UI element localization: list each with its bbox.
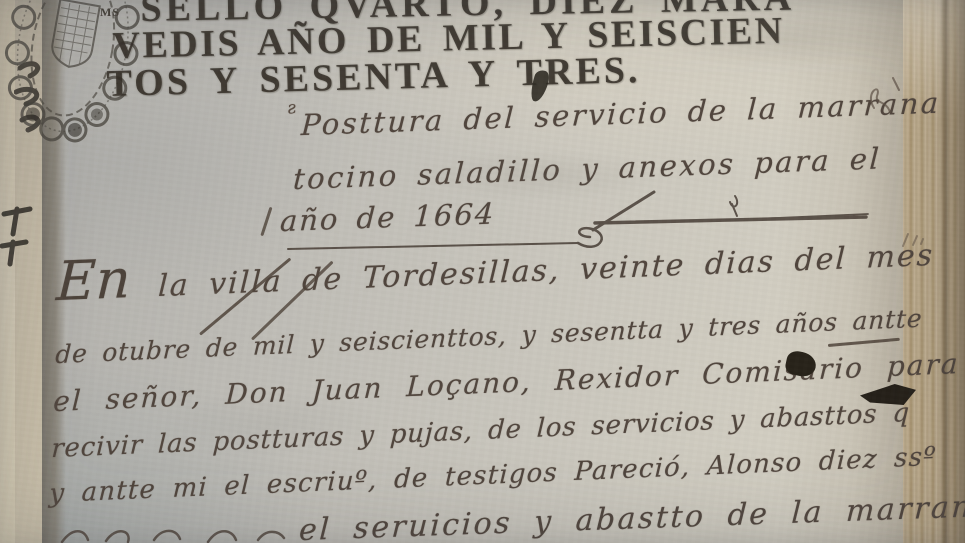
margin-pen-mark-icon <box>862 72 904 118</box>
underpage-ink-fragment-icon <box>0 204 40 268</box>
title-pen-stroke <box>260 207 272 236</box>
cutoff-line-strokes-icon <box>58 524 288 543</box>
manuscript-photo: MS SELLO QVARTO, DIEZ MARA VEDIS AÑO DE … <box>0 0 965 543</box>
margin-pen-mark-icon <box>900 230 926 252</box>
stamp-series-mark: MS <box>100 5 120 20</box>
body-line-1-initial: En <box>55 247 132 313</box>
